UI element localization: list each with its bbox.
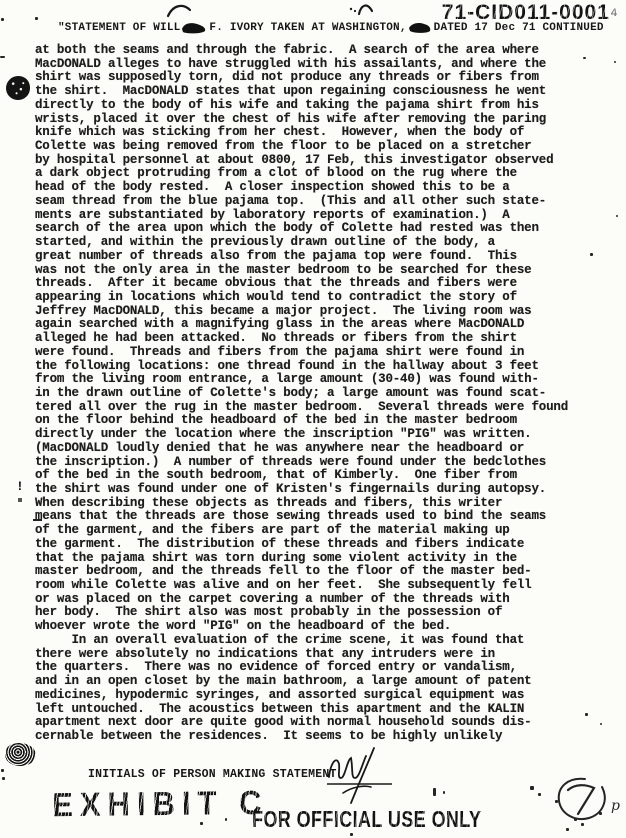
pen-stroke-artifact bbox=[348, 0, 374, 17]
margin-exclamation-mark: ! bbox=[16, 479, 24, 494]
scanned-statement-page: 71-CID011-00014 "STATEMENT OF WILL F. IV… bbox=[0, 0, 626, 838]
handwritten-annotation: p bbox=[611, 798, 620, 814]
circled-page-number bbox=[553, 776, 615, 826]
initials-label: INITIALS OF PERSON MAKING STATEMENT bbox=[88, 768, 337, 781]
official-use-stamp: FOR OFFICIAL USE ONLY bbox=[252, 806, 481, 833]
control-number-smudge: 4 bbox=[611, 7, 618, 19]
margin-dash-mark bbox=[33, 519, 42, 521]
ink-blot-artifact bbox=[5, 743, 36, 766]
title-part-3: DATED 17 Dec 71 CONTINUED bbox=[434, 22, 604, 34]
title-part-2: F. IVORY TAKEN AT WASHINGTON, bbox=[209, 22, 406, 34]
margin-speck bbox=[18, 498, 22, 502]
statement-body-text: at both the seams and through the fabric… bbox=[35, 44, 620, 744]
title-part-1: "STATEMENT OF WILL bbox=[58, 22, 180, 34]
redaction-ink-blob bbox=[408, 20, 432, 34]
handwritten-initials bbox=[326, 747, 398, 807]
statement-title-line: "STATEMENT OF WILL F. IVORY TAKEN AT WAS… bbox=[58, 20, 604, 36]
pen-stroke-artifact bbox=[166, 2, 194, 19]
redaction-ink-blob bbox=[181, 20, 207, 34]
exhibit-stamp: EXHIBIT C bbox=[52, 784, 269, 825]
ink-blot-artifact bbox=[6, 76, 30, 100]
